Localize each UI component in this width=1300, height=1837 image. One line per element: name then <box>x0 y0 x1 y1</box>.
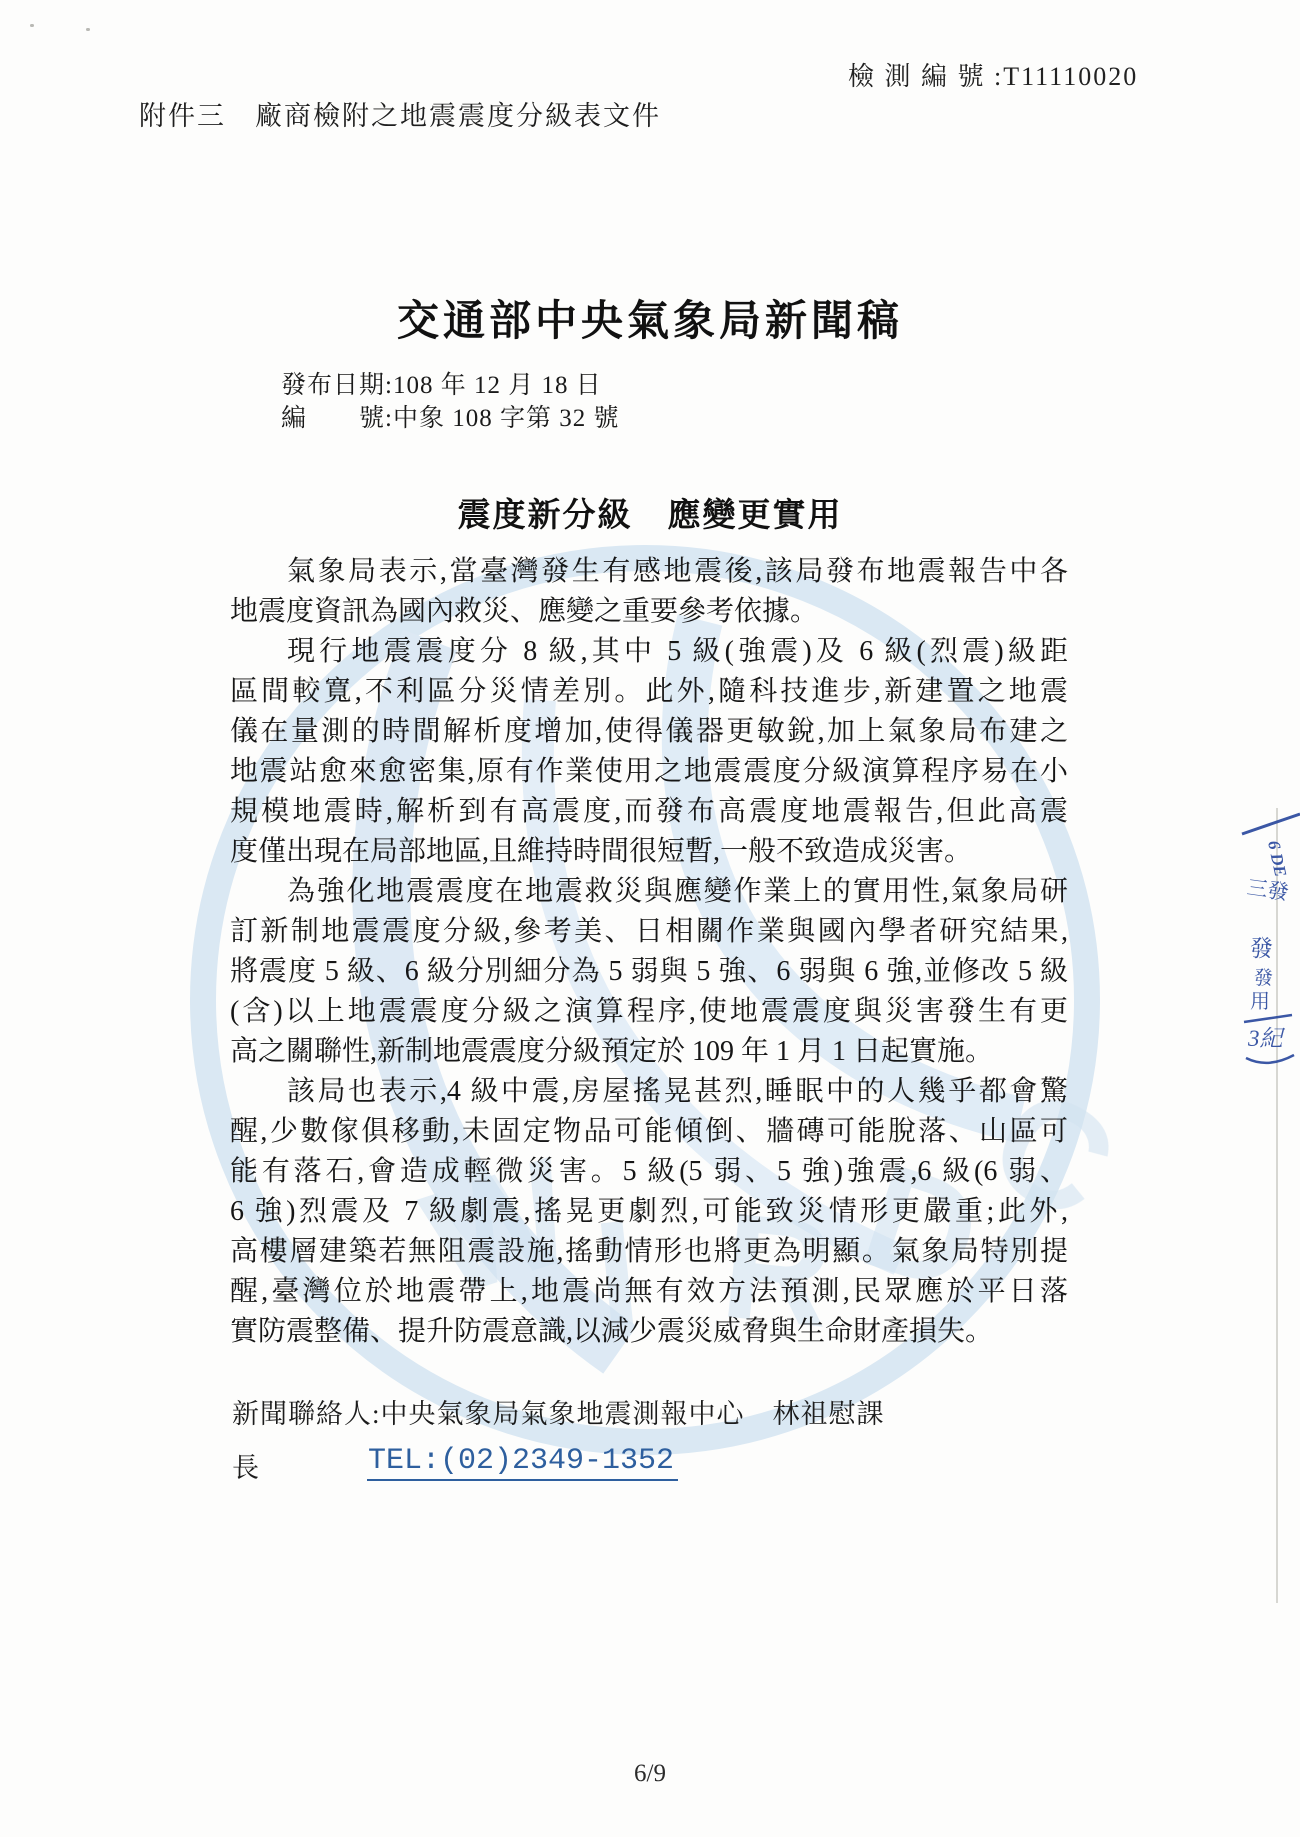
scan-speck <box>86 28 90 31</box>
attachment-heading: 附件三 廠商檢附之地震震度分級表文件 <box>139 94 661 133</box>
body-text-line: 能有落石,會造成輕微災害。5 級(5 弱、5 強)強震,6 級(6 弱、 <box>230 1152 1068 1192</box>
body-text-line: 儀在量測的時間解析度增加,使得儀器更敏銳,加上氣象局布建之 <box>230 712 1068 752</box>
stamp-text-fa: 發 <box>1250 936 1273 961</box>
scan-speck <box>30 24 34 27</box>
contact-phone-number: TEL:(02)2349-1352 <box>367 1444 678 1481</box>
body-text-line: 將震度 5 級、6 級分別細分為 5 弱與 5 強、6 弱與 6 強,並修改 5… <box>230 952 1068 992</box>
body-text-line: 高之關聯性,新制地震震度分級預定於 109 年 1 月 1 日起實施。 <box>230 1032 1068 1072</box>
stamp-divider-line <box>1244 1015 1292 1022</box>
blue-stamp-fragments: 6 DE 三發 發 發 用 3紀 <box>1238 806 1300 1076</box>
body-text-line: 地震度資訊為國內救災、應變之重要參考依據。 <box>230 592 1068 632</box>
body-text-line: 規模地震時,解析到有高震度,而發布高震度地震報告,但此高震 <box>230 792 1068 832</box>
press-release-title: 交通部中央氣象局新聞稿 <box>0 288 1300 348</box>
body-text: 氣象局表示,當臺灣發生有感地震後,該局發布地震報告中各 地震度資訊為國內救災、應… <box>230 552 1068 1352</box>
body-text-line: 醒,臺灣位於地震帶上,地震尚無有效方法預測,民眾應於平日落 <box>230 1272 1068 1312</box>
body-text-line: 該局也表示,4 級中震,房屋搖晃甚烈,睡眠中的人幾乎都會驚 <box>230 1072 1068 1112</box>
body-text-line: 6 強)烈震及 7 級劇震,搖晃更劇烈,可能致災情形更嚴重;此外, <box>230 1192 1068 1232</box>
body-text-line: 現行地震震度分 8 級,其中 5 級(強震)及 6 級(烈震)級距 <box>230 632 1068 672</box>
body-text-line: 訂新制地震震度分級,參考美、日相關作業與國內學者研究結果, <box>230 912 1068 952</box>
scanned-press-release-page: W I R D C 檢 測 編 號 :T11110020 附件三 廠商檢附之地震… <box>0 0 1300 1837</box>
stamp-text-yong: 用 <box>1250 991 1270 1013</box>
body-text-line: 為強化地震震度在地震救災與應變作業上的實用性,氣象局研 <box>230 872 1068 912</box>
stamp-text-date: 6 DE <box>1264 839 1290 879</box>
stamp-border-line <box>1242 814 1300 834</box>
body-text-line: 度僅出現在局部地區,且維持時間很短暫,一般不致造成災害。 <box>230 832 1068 872</box>
body-text-line: 地震站愈來愈密集,原有作業使用之地震震度分級演算程序易在小 <box>230 752 1068 792</box>
body-text-line: (含)以上地震震度分級之演算程序,使地震震度與災害發生有更 <box>230 992 1068 1032</box>
stamp-text-fa-2: 發 <box>1254 967 1273 989</box>
release-headline: 震度新分級 應變更實用 <box>0 489 1300 536</box>
press-contact-line-2: 長 <box>232 1446 259 1485</box>
press-contact-line: 新聞聯絡人:中央氣象局氣象地震測報中心 林祖慰課 <box>232 1392 885 1431</box>
release-number-line: 編 號:中象 108 字第 32 號 <box>281 398 619 434</box>
stamp-text-number: 3紀 <box>1247 1026 1286 1051</box>
stamp-text-fragment: 三發 <box>1245 875 1290 905</box>
body-text-line: 氣象局表示,當臺灣發生有感地震後,該局發布地震報告中各 <box>230 552 1068 592</box>
body-text-line: 高樓層建築若無阻震設施,搖動情形也將更為明顯。氣象局特別提 <box>230 1232 1068 1272</box>
page-number: 6/9 <box>0 1760 1300 1788</box>
body-text-line: 實防震整備、提升防震意識,以減少震災威脅與生命財產損失。 <box>230 1312 1068 1352</box>
release-date-line: 發布日期:108 年 12 月 18 日 <box>281 365 602 401</box>
inspection-number: 檢 測 編 號 :T11110020 <box>848 56 1138 93</box>
stamp-border-arc <box>1246 1055 1294 1063</box>
body-text-line: 醒,少數傢俱移動,未固定物品可能傾倒、牆磚可能脫落、山區可 <box>230 1112 1068 1152</box>
body-text-line: 區間較寬,不利區分災情差別。此外,隨科技進步,新建置之地震 <box>230 672 1068 712</box>
